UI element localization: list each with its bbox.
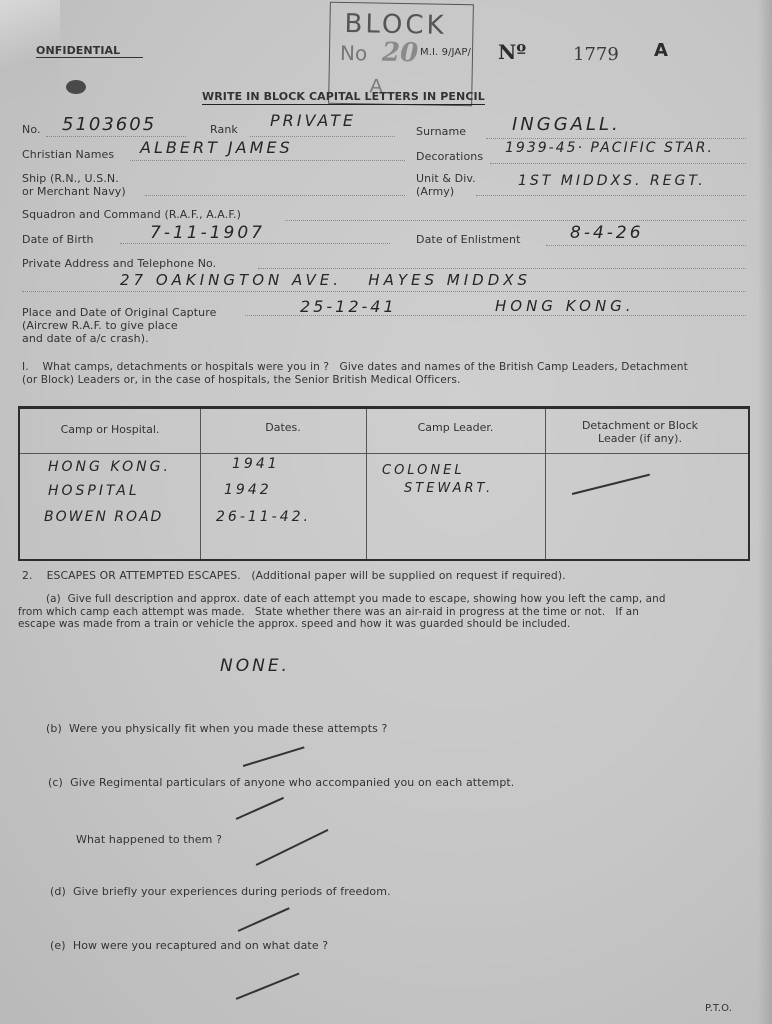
service-number-value: 5103605	[62, 114, 156, 135]
header-camp-leader: Camp Leader.	[366, 421, 545, 434]
number-label: Nº	[498, 40, 526, 64]
capture-label: Place and Date of Original Capture	[22, 306, 217, 319]
surname-value: INGGALL.	[512, 114, 621, 135]
section2-c: (c) Give Regimental particulars of anyon…	[48, 776, 514, 789]
answer-b-dash	[243, 746, 305, 766]
row2-leader: STEWART.	[404, 481, 493, 496]
section2-e: (e) How were you recaptured and on what …	[50, 939, 328, 952]
header-camp: Camp or Hospital.	[20, 423, 200, 436]
header-dates: Dates.	[200, 421, 366, 434]
section2-a-line1: (a) Give full description and approx. da…	[46, 593, 666, 605]
instruction-heading: WRITE IN BLOCK CAPITAL LETTERS IN PENCIL	[202, 90, 485, 105]
address-label: Private Address and Telephone No.	[22, 257, 216, 270]
christian-names-label: Christian Names	[22, 148, 114, 161]
camps-table: Camp or Hospital. Dates. Camp Leader. De…	[18, 406, 750, 561]
punch-hole	[66, 80, 86, 94]
enlistment-label: Date of Enlistment	[416, 233, 521, 246]
section2-a-line3: escape was made from a train or vehicle …	[18, 618, 570, 630]
row2-dates: 1942	[224, 482, 272, 498]
row2-camp: HOSPITAL	[48, 483, 140, 499]
no-label: No.	[22, 123, 41, 136]
capture-label-3: and date of a/c crash).	[22, 332, 149, 345]
decorations-label: Decorations	[416, 150, 483, 163]
capture-place-value: HONG KONG.	[495, 297, 635, 315]
row1-leader: COLONEL	[382, 463, 465, 478]
answer-c-followup-dash	[256, 829, 329, 865]
ship-label-2: or Merchant Navy)	[22, 185, 126, 198]
unit-label: Unit & Div.	[416, 172, 476, 185]
answer-d-dash	[238, 907, 290, 931]
row1-dates: 1941	[232, 456, 280, 472]
row1-camp: HONG KONG.	[48, 459, 171, 475]
form-number: 1779	[573, 44, 619, 65]
answer-c-dash	[236, 797, 284, 820]
stamp-no-label: No	[340, 41, 368, 65]
section2-heading: 2. ESCAPES OR ATTEMPTED ESCAPES. (Additi…	[22, 569, 566, 582]
surname-label: Surname	[416, 125, 466, 138]
unit-value: 1ST MIDDXS. REGT.	[518, 173, 706, 189]
answer-e-dash	[236, 973, 300, 1000]
section2-c-followup: What happened to them ?	[76, 833, 222, 846]
row3-dates: 26-11-42.	[216, 509, 311, 525]
document-page: ONFIDENTIAL BLOCK No 20 A M.I. 9/JAP/ Nº…	[0, 0, 772, 1024]
row3-camp: BOWEN ROAD	[44, 509, 163, 525]
classification-label: ONFIDENTIAL	[36, 44, 143, 58]
dob-label: Date of Birth	[22, 233, 94, 246]
stamp-no-value: 20	[382, 38, 419, 69]
capture-date-value: 25-12-41	[300, 297, 397, 316]
row2-block-leader-dash	[572, 474, 650, 495]
christian-names-value: ALBERT JAMES	[140, 138, 293, 157]
rank-label: Rank	[210, 123, 238, 136]
section2-d: (d) Give briefly your experiences during…	[50, 885, 391, 898]
form-code: M.I. 9/JAP/	[420, 47, 471, 58]
section1-question-cont: (or Block) Leaders or, in the case of ho…	[22, 374, 460, 386]
enlistment-value: 8-4-26	[570, 223, 644, 243]
capture-label-2: (Aircrew R.A.F. to give place	[22, 319, 178, 332]
rank-value: PRIVATE	[270, 111, 356, 130]
form-series: A	[654, 40, 668, 61]
page-edge-shadow	[758, 0, 772, 1024]
dob-value: 7-11-1907	[150, 223, 265, 243]
section2-b: (b) Were you physically fit when you mad…	[46, 722, 387, 735]
decorations-value: 1939-45· PACIFIC STAR.	[505, 140, 714, 156]
header-block-leader: Detachment or Block Leader (if any).	[575, 419, 705, 445]
section2-a-answer: NONE.	[220, 656, 290, 676]
squadron-label: Squadron and Command (R.A.F., A.A.F.)	[22, 208, 241, 221]
pto-label: P.T.O.	[705, 1003, 732, 1014]
ship-label: Ship (R.N., U.S.N.	[22, 172, 119, 185]
address-value: 27 OAKINGTON AVE. HAYES MIDDXS	[120, 271, 531, 289]
stamp-title: BLOCK	[344, 9, 447, 41]
section2-a-line2: from which camp each attempt was made. S…	[18, 606, 639, 618]
unit-label-2: (Army)	[416, 185, 454, 198]
section1-question: I. What camps, detachments or hospitals …	[22, 361, 688, 373]
